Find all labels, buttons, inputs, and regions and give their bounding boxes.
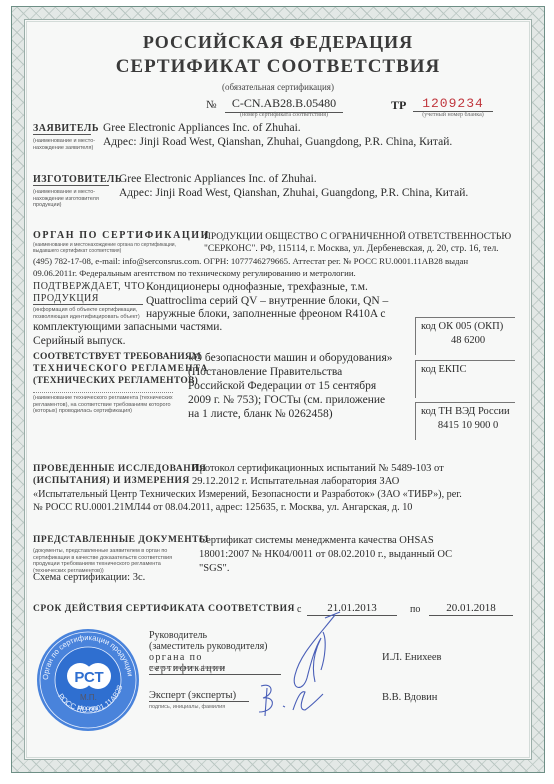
product-label-line1: ПОДТВЕРЖДАЕТ, ЧТО (33, 281, 145, 292)
certificate-title: СЕРТИФИКАТ СООТВЕТСТВИЯ (25, 56, 531, 78)
product-line5: Серийный выпуск. (33, 334, 126, 348)
tests-line1: Протокол сертификационных испытаний № 54… (192, 463, 444, 475)
head-signature-caption: подпись, инициалы, фамилия (149, 665, 225, 671)
stamp-center-text: РСТ (74, 669, 103, 686)
ekps-code-label: код ЕКПС (421, 364, 515, 375)
tnved-code-value: 8415 10 900 0 (421, 420, 515, 431)
documents-line1: Сертификат системы менеджмента качества … (199, 535, 434, 547)
product-label-line2: ПРОДУКЦИЯ (33, 293, 143, 305)
applicant-label: ЗАЯВИТЕЛЬ (33, 123, 91, 135)
product-line3: наружные блоки, заполненные фреоном R410… (146, 307, 386, 321)
expert-signature-icon (253, 680, 343, 720)
stamp-city: Москва (78, 706, 99, 712)
certification-body-line4: 09.06.2011г. Федеральным агентством по т… (33, 267, 356, 279)
requirements-label-line1: СООТВЕТСТВУЕТ ТРЕБОВАНИЯМ (33, 352, 201, 362)
tests-line2: 29.12.2012 г. Испытательная лаборатория … (192, 476, 399, 488)
documents-line2: 18001:2007 № НК04/0011 от 08.02.2010 г.,… (199, 549, 452, 561)
product-line1: Кондиционеры однофазные, трехфазные, т.м… (146, 280, 368, 294)
tnved-code-label: код ТН ВЭД России (421, 406, 515, 417)
applicant-address: Адрес: Jinji Road West, Qianshan, Zhuhai… (103, 135, 452, 149)
tests-label-line1: ПРОВЕДЕННЫЕ ИССЛЕДОВАНИЯ (33, 464, 206, 474)
product-line2: Quattroclima серий QV – внутренние блоки… (146, 294, 388, 308)
head-name: И.Л. Енихеев (382, 652, 442, 663)
certificate-body: РОССИЙСКАЯ ФЕДЕРАЦИЯ СЕРТИФИКАТ СООТВЕТС… (24, 19, 532, 760)
validity-to-date: 20.01.2018 (429, 601, 513, 616)
requirements-line4: 2009 г. № 753); ГОСТы (см. приложение (188, 393, 385, 407)
expert-label: Эксперт (эксперты) (149, 690, 249, 702)
tests-line3: «Испытательный Центр Технических Измерен… (33, 489, 462, 501)
requirements-line3: Российской Федерации от 15 сентября (188, 379, 376, 393)
manufacturer-label: ИЗГОТОВИТЕЛЬ (33, 174, 109, 186)
certification-body-line1: ПРОДУКЦИИ ОБЩЕСТВО С ОГРАНИЧЕННОЙ ОТВЕТС… (204, 231, 511, 243)
head-title-line1: Руководитель (149, 630, 207, 641)
requirements-line2: (Постановление Правительства (188, 365, 342, 379)
documents-line3: "SGS". (199, 563, 229, 575)
certification-body-line2: "СЕРКОНС". РФ, 115114, г. Москва, ул. Де… (204, 243, 499, 255)
certificate-subtitle: (обязательная сертификация) (25, 82, 531, 92)
certification-body-caption: (наименование и местонахождение органа п… (33, 243, 193, 254)
okp-code-box: код ОК 005 (ОКП) 48 6200 (415, 317, 515, 355)
tp-label: ТР (391, 98, 406, 113)
requirements-line1: «О безопасности машин и оборудования» (188, 351, 393, 365)
manufacturer-name: Gree Electronic Appliances Inc. of Zhuha… (119, 172, 317, 186)
tests-line4: № РОСС RU.0001.21МЛ44 от 08.04.2011, адр… (33, 502, 412, 514)
okp-code-value: 48 6200 (421, 335, 515, 346)
manufacturer-caption: (наименование и место-нахождение изготов… (33, 189, 105, 209)
requirements-line5: на 1 листе, бланк № 0262458) (188, 407, 333, 421)
documents-label: ПРЕДСТАВЛЕННЫЕ ДОКУМЕНТЫ (33, 535, 209, 545)
tnved-code-box: код ТН ВЭД России 8415 10 900 0 (415, 402, 515, 440)
validity-to-label: по (410, 604, 420, 616)
certificate-number: C-CN.AB28.B.05480 (225, 96, 343, 113)
bottom-microtext (132, 762, 432, 770)
requirements-label-line2: ТЕХНИЧЕСКОГО РЕГЛАМЕНТА (33, 364, 209, 374)
certificate-sheet: РОССИЙСКАЯ ФЕДЕРАЦИЯ СЕРТИФИКАТ СООТВЕТС… (11, 6, 545, 773)
tests-label-line2: (ИСПЫТАНИЯ) И ИЗМЕРЕНИЯ (33, 476, 190, 486)
certificate-number-caption: (номер сертификата соответствия) (225, 112, 343, 118)
okp-code-label: код ОК 005 (ОКП) (421, 321, 515, 332)
country-heading: РОССИЙСКАЯ ФЕДЕРАЦИЯ (25, 32, 531, 53)
expert-signature-caption: подпись, инициалы, фамилия (149, 704, 225, 710)
number-sign: № (206, 99, 217, 111)
applicant-caption: (наименование и место-нахождение заявите… (33, 138, 99, 151)
seal-stamp-icon: Орган по сертификации продукции ООО "СЕР… (34, 626, 142, 734)
blank-number-caption: (учетный номер бланка) (413, 112, 493, 118)
certification-body-label: ОРГАН ПО СЕРТИФИКАЦИИ (33, 230, 210, 241)
certification-scheme: Схема сертификации: 3с. (33, 571, 145, 585)
ekps-code-box: код ЕКПС (415, 360, 515, 398)
stamp-mp: М.П. (80, 693, 97, 702)
requirements-caption: (наименование технического регламента (т… (33, 392, 173, 415)
product-line4: комплектующими запасными частями. (33, 320, 222, 334)
applicant-name: Gree Electronic Appliances Inc. of Zhuha… (103, 121, 301, 135)
blank-number: 1209234 (413, 96, 493, 112)
requirements-label-line3: (ТЕХНИЧЕСКИХ РЕГЛАМЕНТОВ) (33, 376, 198, 386)
expert-name: В.В. Вдовин (382, 692, 437, 703)
certification-body-line3: (495) 782-17-08, e-mail: info@serconsrus… (33, 255, 468, 267)
manufacturer-address: Адрес: Jinji Road West, Qianshan, Zhuhai… (119, 186, 468, 200)
product-caption: (информация об объекте сертификации, поз… (33, 307, 143, 320)
